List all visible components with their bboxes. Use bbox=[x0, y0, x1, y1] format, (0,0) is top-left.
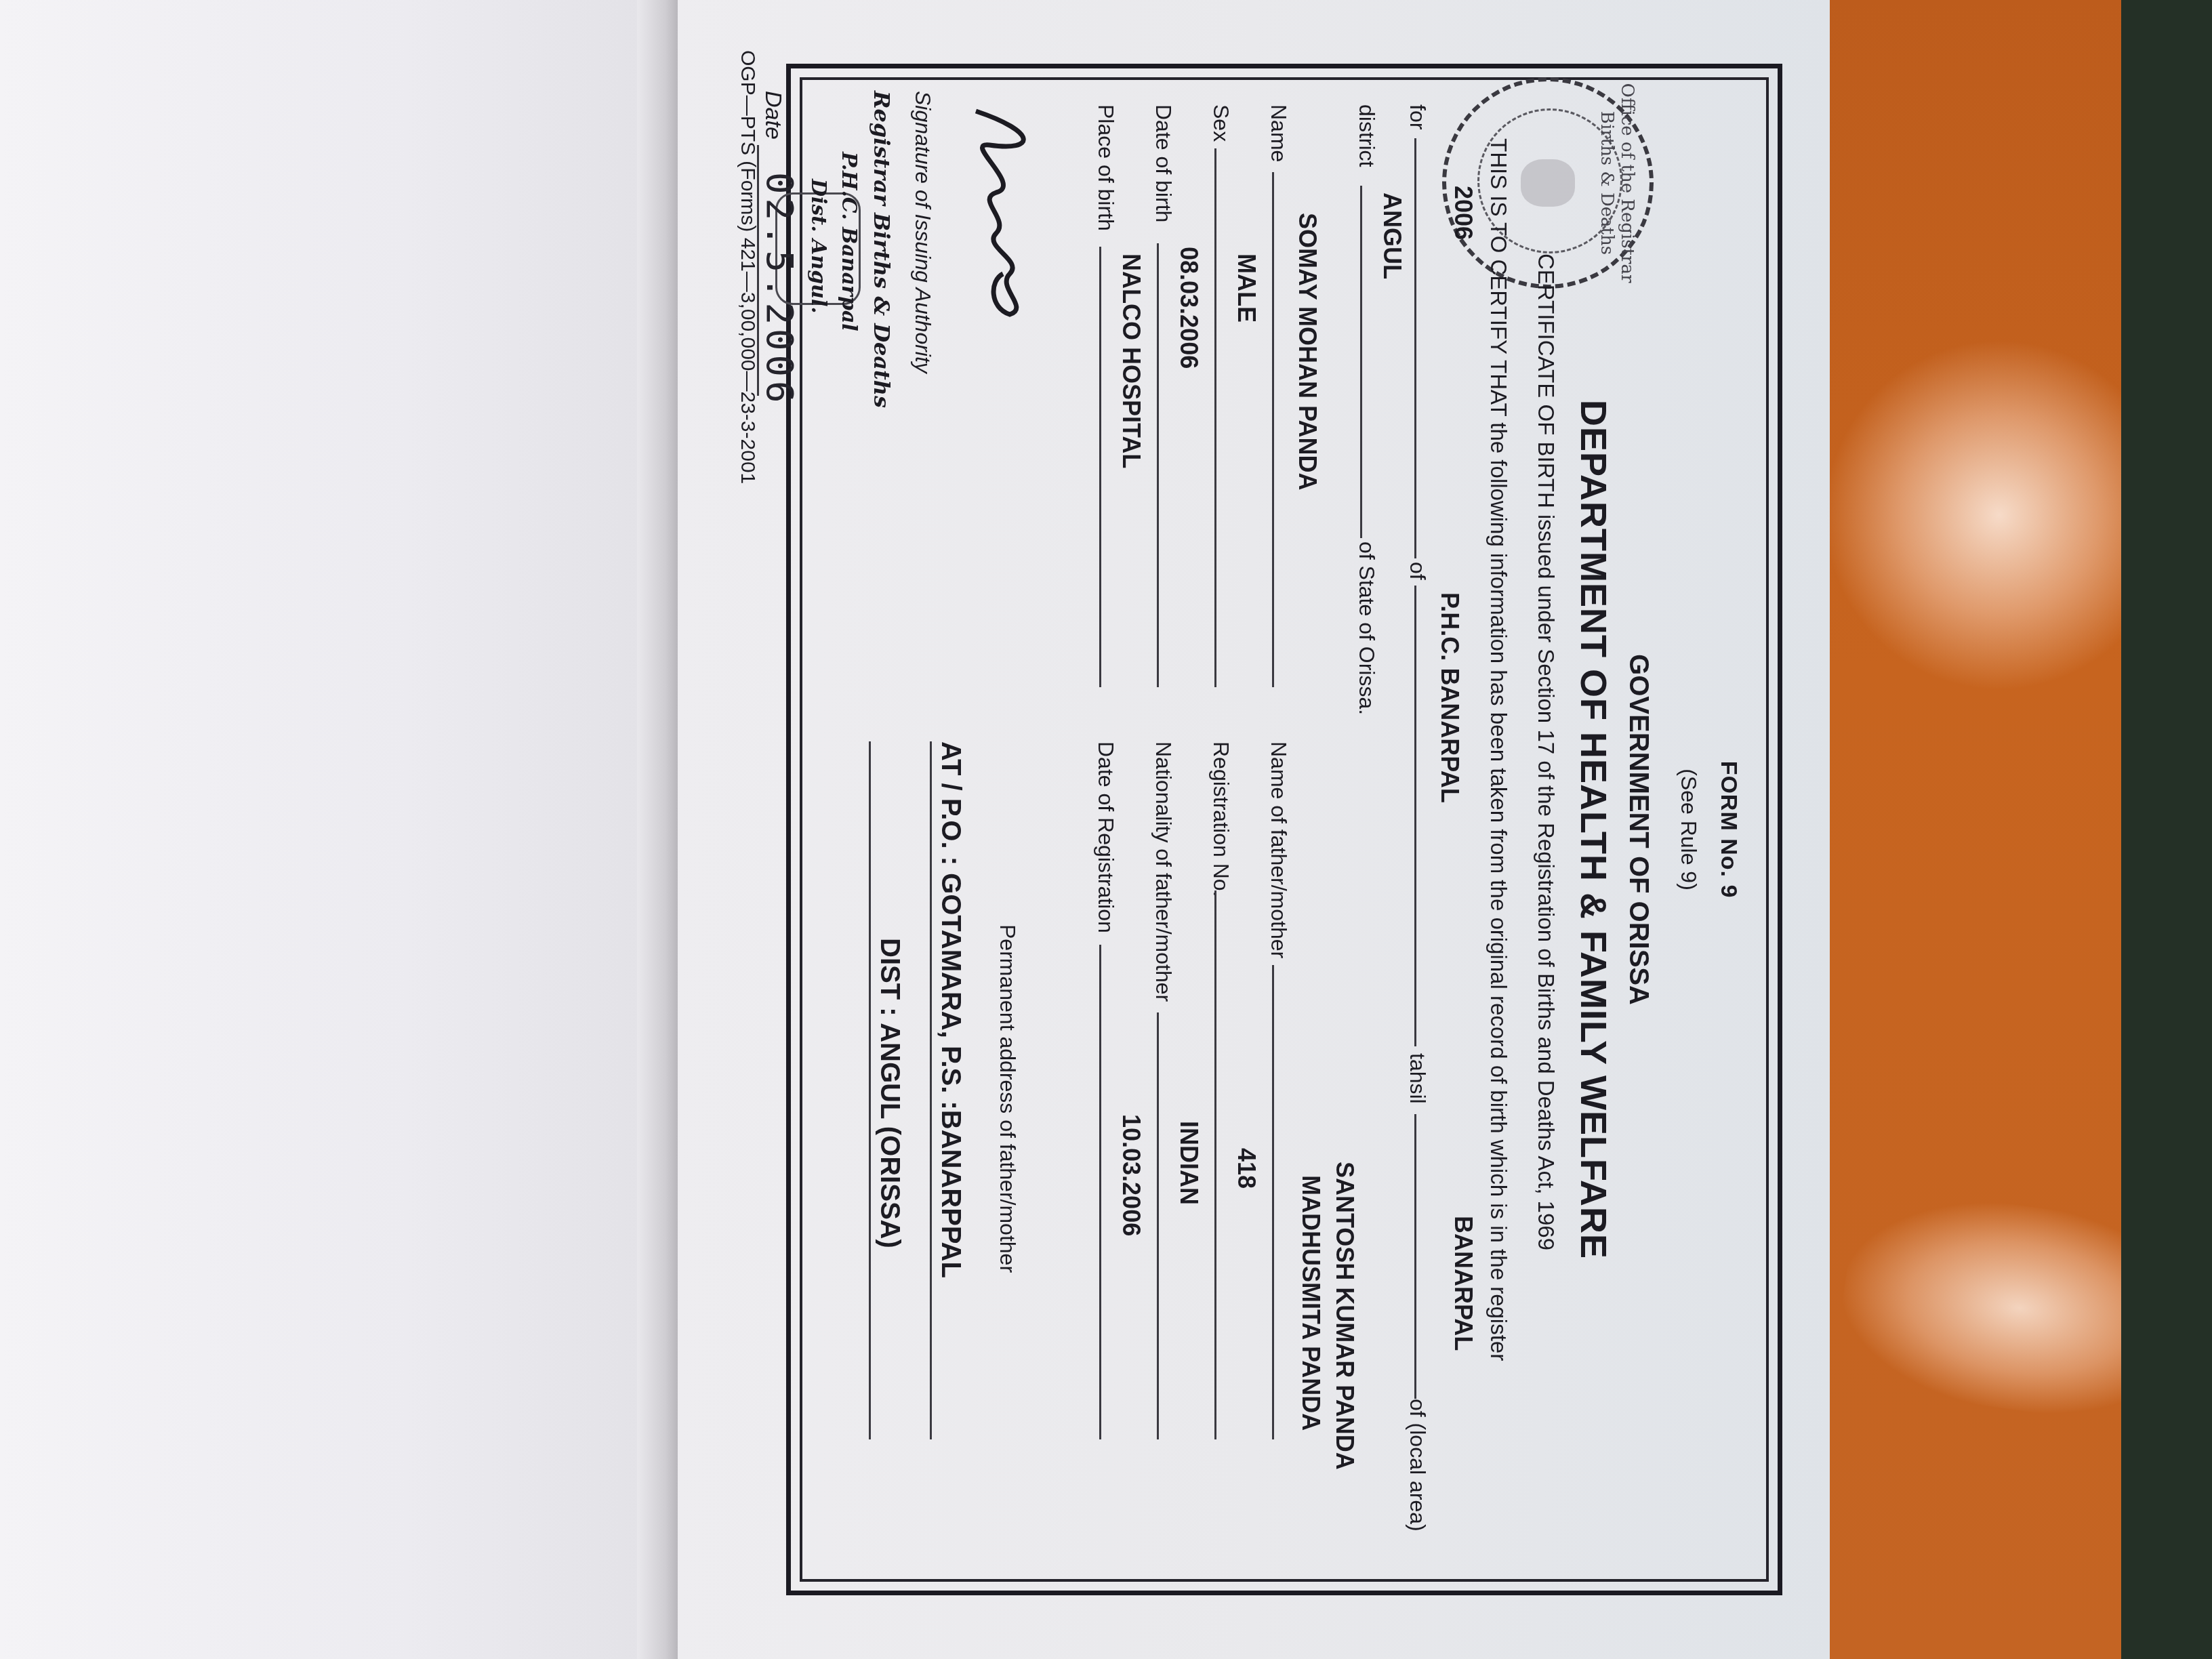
date-of-registration-value: 10.03.2006 bbox=[1117, 1114, 1145, 1236]
address-line-1: AT / P.O. : GOTAMARA, P.S. :BANARPPAL bbox=[935, 741, 966, 1278]
registration-no-value: 418 bbox=[1232, 1148, 1261, 1189]
address-underline-2 bbox=[869, 741, 871, 1439]
father-name-value: SANTOSH KUMAR PANDA bbox=[1330, 1162, 1359, 1470]
department-title: DEPARTMENT OF HEALTH & FAMILY WELFARE bbox=[1572, 50, 1614, 1609]
of-underline bbox=[1414, 586, 1416, 1046]
state-label: of State of Orissa. bbox=[1354, 541, 1379, 715]
place-of-birth-underline bbox=[1099, 247, 1101, 687]
address-underline-1 bbox=[930, 741, 932, 1439]
stamp-line-1: Registrar Births & Deaths bbox=[869, 91, 895, 408]
for-value: 2006 bbox=[1449, 186, 1477, 240]
permanent-address-label: Permanent address of father/mother bbox=[995, 924, 1020, 1273]
blank-left-page bbox=[0, 0, 678, 1659]
stamp-line-2: P.H.C. Banarpal bbox=[837, 152, 861, 331]
place-of-birth-label: Place of birth bbox=[1093, 104, 1118, 231]
name-underline bbox=[1272, 172, 1274, 687]
place-of-birth-value: NALCO HOSPITAL bbox=[1117, 253, 1145, 468]
nationality-label: Nationality of father/mother bbox=[1151, 741, 1176, 1002]
date-label: Date bbox=[760, 91, 786, 140]
district-label: district bbox=[1354, 104, 1379, 167]
of-label: of bbox=[1405, 562, 1430, 580]
nationality-value: INDIAN bbox=[1174, 1121, 1203, 1205]
district-underline bbox=[1360, 186, 1362, 538]
tahsil-value: BANARPAL bbox=[1449, 1216, 1477, 1351]
form-printer-footer: OGP—PTS (Forms) 421—3,00,000—23-3-2001 bbox=[736, 50, 759, 484]
sex-underline bbox=[1214, 148, 1216, 687]
signature-label: Signature of Issuing Authority bbox=[910, 91, 935, 373]
handwritten-signature bbox=[956, 104, 1050, 321]
date-of-registration-label: Date of Registration bbox=[1093, 741, 1118, 933]
for-underline bbox=[1414, 138, 1416, 558]
stamp-line-3: Dist. Angul. bbox=[806, 179, 830, 314]
government-title: GOVERNMENT OF ORISSA bbox=[1623, 50, 1654, 1609]
date-of-registration-underline bbox=[1099, 945, 1101, 1439]
dob-underline bbox=[1157, 243, 1159, 687]
name-label: Name bbox=[1266, 104, 1291, 162]
district-value: ANGUL bbox=[1378, 192, 1406, 279]
for-label: for bbox=[1405, 104, 1430, 129]
parents-label: Name of father/mother bbox=[1266, 741, 1291, 958]
tahsil-label: tahsil bbox=[1405, 1053, 1430, 1104]
sex-value: MALE bbox=[1232, 253, 1261, 323]
issue-date-handwritten: 02.5.2006 bbox=[758, 172, 801, 407]
local-area-label: of (local area) bbox=[1405, 1399, 1430, 1532]
mother-name-value: MADHUSMITA PANDA bbox=[1296, 1175, 1325, 1431]
name-value: SOMAY MOHAN PANDA bbox=[1293, 213, 1322, 490]
registration-no-label: Registration No. bbox=[1208, 741, 1233, 897]
certificate-heading: CERTIFICATE OF BIRTH issued under Sectio… bbox=[1533, 253, 1559, 1250]
dark-background bbox=[2121, 0, 2212, 1659]
birth-certificate: Office of the Registrar Births & Deaths … bbox=[712, 50, 1796, 1609]
see-rule: (See Rule 9) bbox=[1676, 50, 1701, 1609]
sex-label: Sex bbox=[1208, 104, 1233, 142]
nationality-underline bbox=[1157, 1012, 1159, 1439]
of-value: P.H.C. BANARPAL bbox=[1435, 592, 1464, 803]
registration-no-underline bbox=[1214, 890, 1216, 1439]
certify-statement: THIS IS TO CERTIFY THAT the following in… bbox=[1486, 138, 1511, 1361]
form-number: FORM No. 9 bbox=[1715, 50, 1742, 1609]
tahsil-underline bbox=[1414, 1114, 1416, 1399]
address-line-2: DIST : ANGUL (ORISSA) bbox=[874, 938, 905, 1248]
page-fold-edge bbox=[637, 0, 678, 1659]
dob-label: Date of birth bbox=[1151, 104, 1176, 222]
parents-underline bbox=[1272, 965, 1274, 1439]
dob-value: 08.03.2006 bbox=[1174, 247, 1203, 369]
national-emblem-icon bbox=[1521, 159, 1575, 207]
